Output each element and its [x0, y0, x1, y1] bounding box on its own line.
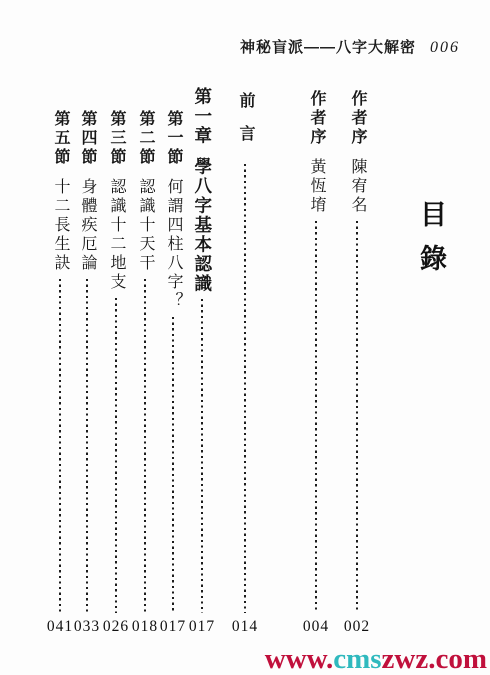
watermark-zwz: zwz.com — [382, 643, 487, 675]
toc-entry-text: 作者序陳宥名 — [349, 90, 365, 215]
entry-page-number: 002 — [344, 618, 370, 640]
entry-title: 黃恆堉 — [308, 158, 325, 215]
dotted-leader — [172, 317, 174, 613]
toc-entry-chapter: 第一章學八字基本認識 017 — [185, 87, 219, 640]
entry-title: 認識十天干 — [137, 178, 154, 273]
entry-page-number: 017 — [160, 618, 186, 640]
entry-title: 何謂四柱八字？ — [165, 178, 182, 311]
dotted-leader — [244, 164, 246, 613]
dotted-leader — [144, 279, 146, 613]
toc-entry: 作者序黃恆堉 004 — [301, 90, 331, 640]
toc-entry: 第三節認識十二地支 026 — [101, 110, 131, 640]
entry-title: 十二長生訣 — [52, 178, 69, 273]
dotted-leader — [86, 279, 88, 613]
dotted-leader — [59, 279, 61, 613]
toc-entry-text: 第一節何謂四柱八字？ — [165, 110, 181, 311]
toc-entry-text: 第一章學八字基本認識 — [193, 87, 211, 293]
running-header: 神秘盲派——八字大解密006 — [0, 36, 460, 57]
entry-page-number: 018 — [132, 618, 158, 640]
toc-title: 目錄 — [412, 200, 451, 288]
entry-page-number: 014 — [232, 618, 258, 640]
watermark-www: www. — [265, 643, 333, 675]
entry-label: 第一節 — [165, 110, 182, 167]
entry-page-number: 004 — [303, 618, 329, 640]
dotted-leader — [356, 221, 358, 613]
entry-label: 第三節 — [108, 110, 125, 167]
folio-page-number: 006 — [430, 39, 460, 56]
toc-entry: 第五節十二長生訣 041 — [45, 110, 75, 640]
scanned-book-page: 神秘盲派——八字大解密006 目錄 作者序陳宥名 002 作者序黃恆堉 004 … — [0, 0, 490, 675]
entry-page-number: 041 — [47, 618, 73, 640]
toc-entry: 前言 014 — [230, 92, 260, 640]
entry-label: 作者序 — [349, 90, 366, 147]
entry-page-number: 033 — [74, 618, 100, 640]
toc-entry: 第四節身體疾厄論 033 — [72, 110, 102, 640]
toc-entry-text: 作者序黃恆堉 — [308, 90, 324, 215]
toc-entry: 第一節何謂四柱八字？ 017 — [158, 110, 188, 640]
entry-title: 身體疾厄論 — [79, 178, 96, 273]
entry-title: 學八字基本認識 — [193, 157, 213, 294]
entry-page-number: 026 — [103, 618, 129, 640]
book-title: 神秘盲派——八字大解密 — [240, 39, 416, 56]
toc-entry-text: 第二節認識十天干 — [137, 110, 153, 273]
entry-label: 第五節 — [52, 110, 69, 167]
toc-entry-text: 前言 — [237, 92, 253, 158]
entry-label: 第二節 — [137, 110, 154, 167]
entry-label: 第四節 — [79, 110, 96, 167]
toc-entry-text: 第四節身體疾厄論 — [79, 110, 95, 273]
entry-label: 前言 — [237, 92, 254, 158]
entry-title: 陳宥名 — [349, 158, 366, 215]
watermark-url: www.cmszwz.com — [265, 645, 487, 674]
toc-entry-text: 第五節十二長生訣 — [52, 110, 68, 273]
dotted-leader — [315, 221, 317, 613]
dotted-leader — [201, 299, 203, 613]
entry-label: 第一章 — [193, 87, 213, 146]
entry-title: 認識十二地支 — [108, 178, 125, 292]
dotted-leader — [115, 298, 117, 613]
entry-page-number: 017 — [189, 618, 215, 640]
toc-entry-text: 第三節認識十二地支 — [108, 110, 124, 292]
entry-label: 作者序 — [308, 90, 325, 147]
watermark-cms: cms — [333, 643, 381, 675]
toc-entry: 第二節認識十天干 018 — [130, 110, 160, 640]
toc-entry: 作者序陳宥名 002 — [342, 90, 372, 640]
